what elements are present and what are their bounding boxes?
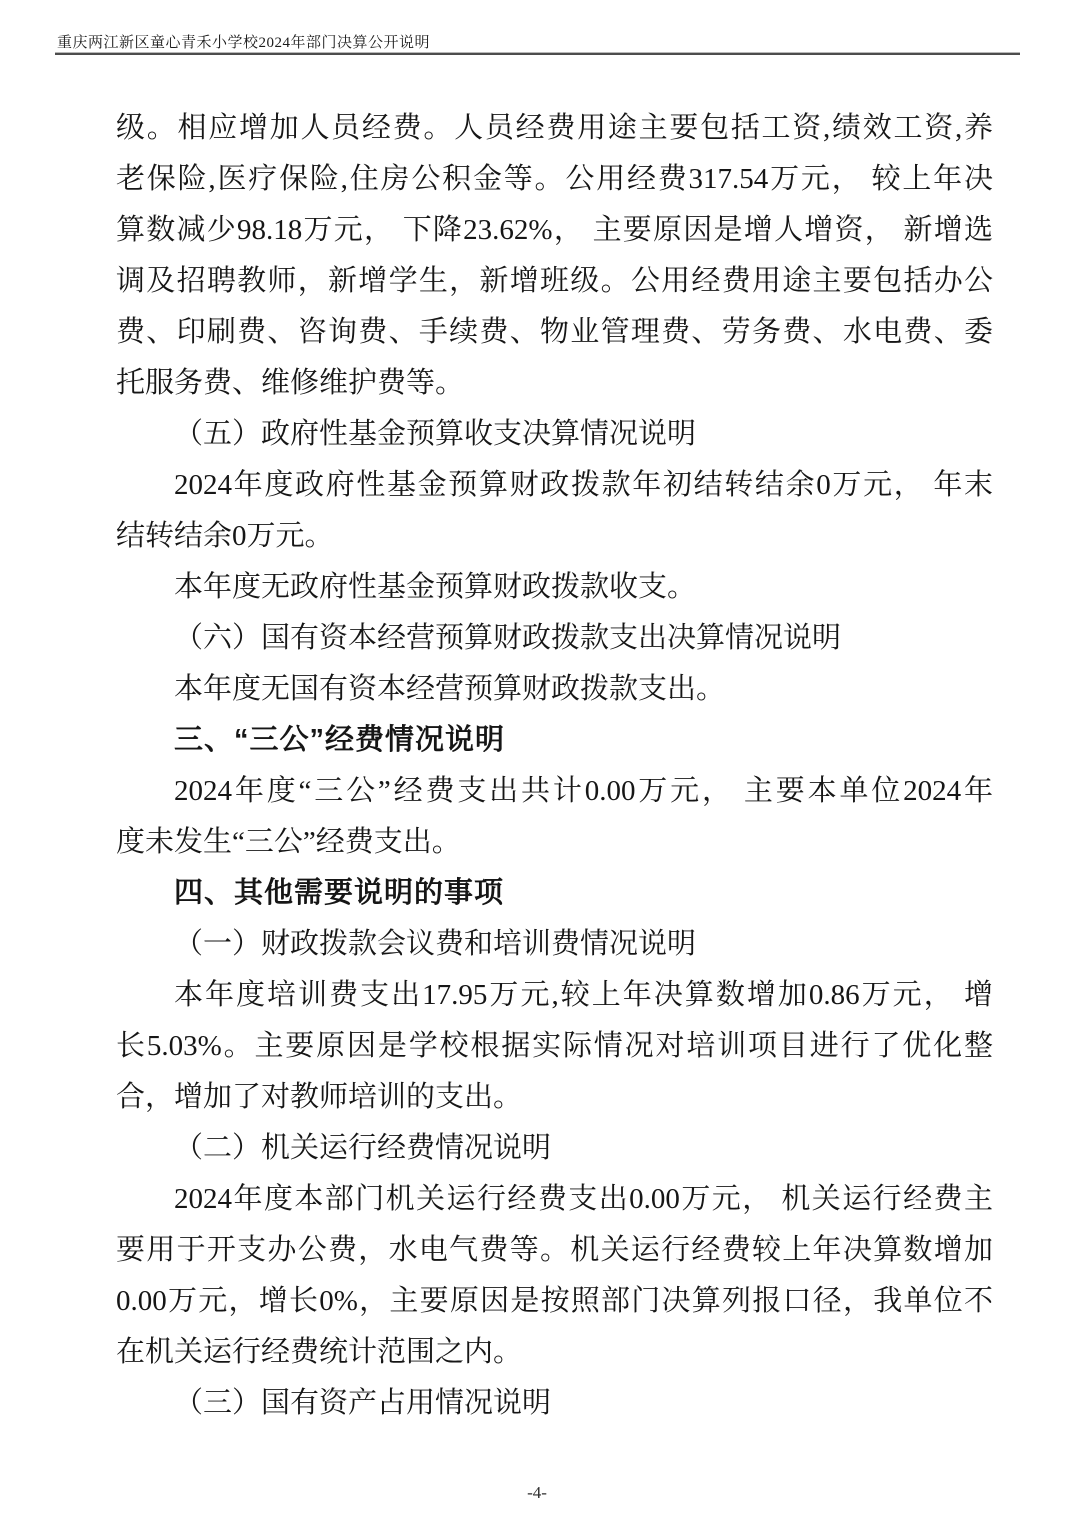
subsection-heading-six: （六）国有资本经营预算财政拨款支出决算情况说明 <box>116 613 993 664</box>
section-heading-other-matters: 四、其他需要说明的事项 <box>116 868 993 919</box>
section-heading-three-public-funds: 三、“三公”经费情况说明 <box>116 715 993 766</box>
body-line: 在机关运行经费统计范围之内。 <box>116 1327 993 1378</box>
body-line: 托服务费、维修维护费等。 <box>116 358 993 409</box>
body-line: 老保险,医疗保险,住房公积金等。公用经费317.54万元， 较上年决 <box>116 154 993 205</box>
body-line: 级。相应增加人员经费。人员经费用途主要包括工资,绩效工资,养 <box>116 103 993 154</box>
body-line: 费、印刷费、咨询费、手续费、物业管理费、劳务费、水电费、委 <box>116 307 993 358</box>
body-line: 本年度培训费支出17.95万元,较上年决算数增加0.86万元， 增 <box>116 970 993 1021</box>
body-line: 本年度无政府性基金预算财政拨款收支。 <box>116 562 993 613</box>
document-body: 级。相应增加人员经费。人员经费用途主要包括工资,绩效工资,养 老保险,医疗保险,… <box>116 103 993 1429</box>
subsection-heading-five: （五）政府性基金预算收支决算情况说明 <box>116 409 993 460</box>
body-line: 要用于开支办公费，水电气费等。机关运行经费较上年决算数增加 <box>116 1225 993 1276</box>
page-header-title: 重庆两江新区童心青禾小学校2024年部门决算公开说明 <box>57 31 430 52</box>
body-line: 结转结余0万元。 <box>116 511 993 562</box>
body-line: 2024年度本部门机关运行经费支出0.00万元， 机关运行经费主 <box>116 1174 993 1225</box>
body-line: 长5.03%。主要原因是学校根据实际情况对培训项目进行了优化整 <box>116 1021 993 1072</box>
document-page: 重庆两江新区童心青禾小学校2024年部门决算公开说明 级。相应增加人员经费。人员… <box>0 0 1074 1520</box>
body-line: 2024年度政府性基金预算财政拨款年初结转结余0万元， 年末 <box>116 460 993 511</box>
body-line: 算数减少98.18万元， 下降23.62%， 主要原因是增人增资， 新增选 <box>116 205 993 256</box>
body-line: 合，增加了对教师培训的支出。 <box>116 1072 993 1123</box>
subsection-heading-one: （一）财政拨款会议费和培训费情况说明 <box>116 919 993 970</box>
body-line: 调及招聘教师，新增学生，新增班级。公用经费用途主要包括办公 <box>116 256 993 307</box>
subsection-heading-two: （二）机关运行经费情况说明 <box>116 1123 993 1174</box>
header-rule-divider <box>55 52 1020 55</box>
body-line: 2024年度“三公”经费支出共计0.00万元， 主要本单位2024年 <box>116 766 993 817</box>
page-number: -4- <box>0 1483 1074 1503</box>
body-line: 度未发生“三公”经费支出。 <box>116 817 993 868</box>
body-line: 本年度无国有资本经营预算财政拨款支出。 <box>116 664 993 715</box>
subsection-heading-three: （三）国有资产占用情况说明 <box>116 1378 993 1429</box>
body-line: 0.00万元，增长0%，主要原因是按照部门决算列报口径，我单位不 <box>116 1276 993 1327</box>
